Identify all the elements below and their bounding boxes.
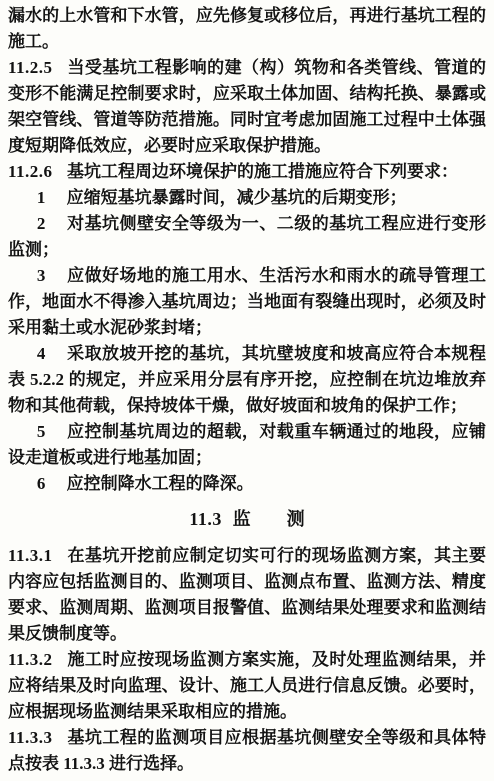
paragraph-text: 应控制降水工程的降深。 xyxy=(67,474,254,493)
paragraph-text: 应缩短基坑暴露时间，减少基坑的后期变形； xyxy=(67,188,407,207)
paragraph-text: 漏水的上水管和下水管，应先修复或移位后，再进行基坑工程的施工。 xyxy=(8,6,486,51)
clause-number: 11.2.6 xyxy=(8,162,53,181)
clause-number: 11.2.5 xyxy=(8,58,53,77)
list-item: 4采取放坡开挖的基坑，其坑壁坡度和坡高应符合本规程表 5.2.2 的规定，并应采… xyxy=(8,341,486,419)
clause-number: 11.3.2 xyxy=(8,650,53,669)
list-item: 1应缩短基坑暴露时间，减少基坑的后期变形； xyxy=(8,185,486,211)
section-title: 监 测 xyxy=(233,509,305,529)
list-item-number: 4 xyxy=(37,344,46,363)
list-item: 3应做好场地的施工用水、生活污水和雨水的疏导管理工作，地面水不得渗入基坑周边；当… xyxy=(8,263,486,341)
clause-paragraph: 11.3.3基坑工程的监测项目应根据基坑侧壁安全等级和具体特点按表 11.3.3… xyxy=(8,725,486,777)
list-item: 6应控制降水工程的降深。 xyxy=(8,471,486,497)
list-item-number: 5 xyxy=(37,422,46,441)
paragraph-text: 应做好场地的施工用水、生活污水和雨水的疏导管理工作，地面水不得渗入基坑周边；当地… xyxy=(8,266,486,337)
list-item-number: 6 xyxy=(37,474,46,493)
list-item-number: 2 xyxy=(37,214,46,233)
paragraph-text: 应控制基坑周边的超载，对载重车辆通过的地段，应铺设走道板或进行地基加固； xyxy=(8,422,486,467)
list-item-number: 3 xyxy=(37,266,46,285)
clause-number: 11.3.3 xyxy=(8,728,53,747)
clause-paragraph: 11.2.6基坑工程周边环境保护的施工措施应符合下列要求： xyxy=(8,159,486,185)
document-body: 漏水的上水管和下水管，应先修复或移位后，再进行基坑工程的施工。11.2.5当受基… xyxy=(8,3,486,777)
clause-paragraph: 11.3.1在基坑开挖前应制定切实可行的现场监测方案，其主要内容应包括监测目的、… xyxy=(8,543,486,647)
paragraph-text: 基坑工程的监测项目应根据基坑侧壁安全等级和具体特点按表 11.3.3 进行选择。 xyxy=(8,728,486,773)
clause-number: 11.3.1 xyxy=(8,546,53,565)
paragraph-continuation: 漏水的上水管和下水管，应先修复或移位后，再进行基坑工程的施工。 xyxy=(8,3,486,55)
paragraph-text: 当受基坑工程影响的建（构）筑物和各类管线、管道的变形不能满足控制要求时，应采取土… xyxy=(8,58,486,155)
paragraph-text: 基坑工程周边环境保护的施工措施应符合下列要求： xyxy=(67,162,458,181)
clause-paragraph: 11.2.5当受基坑工程影响的建（构）筑物和各类管线、管道的变形不能满足控制要求… xyxy=(8,55,486,159)
list-item-number: 1 xyxy=(37,188,46,207)
paragraph-text: 对基坑侧壁安全等级为一、二级的基坑工程应进行变形监测； xyxy=(8,214,486,259)
paragraph-text: 采取放坡开挖的基坑，其坑壁坡度和坡高应符合本规程表 5.2.2 的规定，并应采用… xyxy=(8,344,486,415)
section-heading: 11.3监 测 xyxy=(8,506,486,532)
list-item: 2对基坑侧壁安全等级为一、二级的基坑工程应进行变形监测； xyxy=(8,211,486,263)
list-item: 5应控制基坑周边的超载，对载重车辆通过的地段，应铺设走道板或进行地基加固； xyxy=(8,419,486,471)
clause-paragraph: 11.3.2施工时应按现场监测方案实施，及时处理监测结果，并应将结果及时向监理、… xyxy=(8,647,486,725)
paragraph-text: 施工时应按现场监测方案实施，及时处理监测结果，并应将结果及时向监理、设计、施工人… xyxy=(8,650,486,721)
paragraph-text: 在基坑开挖前应制定切实可行的现场监测方案，其主要内容应包括监测目的、监测项目、监… xyxy=(8,546,486,643)
section-number: 11.3 xyxy=(189,509,222,529)
document-page: 漏水的上水管和下水管，应先修复或移位后，再进行基坑工程的施工。11.2.5当受基… xyxy=(0,0,494,781)
